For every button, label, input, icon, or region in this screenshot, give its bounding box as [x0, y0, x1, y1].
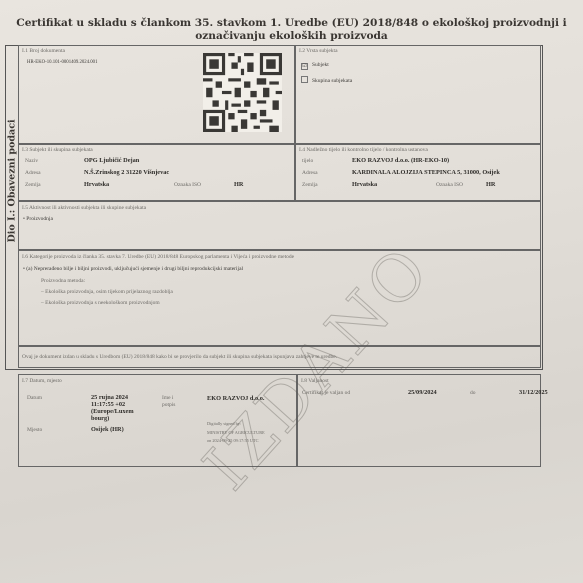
issue-place: Osijek (HR) — [91, 426, 124, 433]
section-label: I.8 Valjanost — [301, 378, 329, 384]
field-label: Adresa — [302, 170, 318, 176]
digital-signature: Digitally signed by: MINISTRY OF AGRICUL… — [207, 420, 265, 446]
operator-iso: HR — [234, 181, 243, 188]
datetime-line: bourg) — [91, 415, 134, 422]
signer-name: EKO RAZVOJ d.o.o. — [207, 395, 264, 402]
checkbox-unchecked-icon[interactable] — [301, 76, 308, 83]
field-label: tijelo — [302, 158, 313, 164]
datetime-line: 25 rujna 2024 — [91, 394, 134, 401]
signature-label: Ime i potpis — [162, 395, 175, 409]
section-date-place: I.7 Datum, mjesto Datum 25 rujna 2024 11… — [18, 374, 297, 467]
signature-line: MINISTRY OF AGRICULTURE — [207, 429, 265, 438]
activity-item: • Proizvodnja — [23, 216, 53, 222]
field-label: Oznaka ISO — [174, 182, 201, 188]
field-label: Adresa — [25, 170, 41, 176]
statement-box: Ovaj je dokument izdan u skladu s Uredbo… — [18, 346, 541, 368]
section-label: I.3 Subjekt ili skupina subjekata — [22, 147, 93, 153]
datetime-line: (Europe/Luxem — [91, 408, 134, 415]
qr-code-icon — [203, 53, 282, 132]
label-line: potpis — [162, 402, 175, 409]
method-item: – Ekološka proizvodnja s neekološkom pro… — [41, 300, 160, 306]
section-label: I.4 Nadležno tijelo ili kontrolno tijelo… — [299, 147, 428, 153]
option-label: Subjekt — [312, 62, 329, 68]
field-label: do — [470, 390, 476, 396]
operator-address: N.Š.Zrinskog 2 31220 Višnjevac — [84, 169, 169, 176]
field-label: Datum — [27, 395, 42, 401]
section-label: I.5 Aktivnost ili aktivnosti subjekta il… — [22, 205, 146, 211]
issue-datetime: 25 rujna 2024 11:17:55 +02 (Europe/Luxem… — [91, 394, 134, 422]
control-body-address: KARDINALA ALOJZIJA STEPINCA 5, 31000, Os… — [352, 169, 500, 176]
field-label: Certifikat je valjan od — [302, 390, 350, 396]
section-label: I.1 Broj dokumenta — [22, 48, 65, 54]
operator-name: OPG Ljubičić Dejan — [84, 157, 139, 164]
control-body-country: Hrvatska — [352, 181, 377, 188]
field-label: Mjesto — [27, 427, 42, 433]
control-body-name: EKO RAZVOJ d.o.o. (HR-EKO-10) — [352, 157, 449, 164]
valid-to: 31/12/2025 — [519, 389, 548, 396]
field-label: Zemlja — [25, 182, 41, 188]
part-label: Dio I.: Obavezni podaci — [7, 169, 18, 243]
section-label: I.6 Kategorije proizvoda iz članka 35. s… — [22, 254, 294, 260]
section-label: I.2 Vrsta subjekta — [299, 48, 338, 54]
title-line-2: označivanju ekoloških proizvoda — [0, 30, 583, 43]
field-label: Zemlja — [302, 182, 318, 188]
control-body-iso: HR — [486, 181, 495, 188]
method-label: Proizvodna metoda: — [41, 278, 85, 284]
part-sidebar: Dio I.: Obavezni podaci — [5, 45, 19, 368]
label-line: Ime i — [162, 395, 175, 402]
signature-line: on 2024-09-25 09:17:55 UTC — [207, 437, 265, 446]
datetime-line: 11:17:55 +02 — [91, 401, 134, 408]
checkbox-checked-icon[interactable]: ☑ — [301, 63, 308, 70]
option-label: Skupina subjekata — [312, 78, 352, 84]
operator-country: Hrvatska — [84, 181, 109, 188]
section-product-categories: I.6 Kategorije proizvoda iz članka 35. s… — [18, 250, 541, 346]
title-line-1: Certifikat u skladu s člankom 35. stavko… — [0, 17, 583, 30]
field-label: Naziv — [25, 158, 38, 164]
signature-line: Digitally signed by: — [207, 420, 265, 429]
section-validity: I.8 Valjanost Certifikat je valjan od 25… — [297, 374, 541, 467]
field-label: Oznaka ISO — [436, 182, 463, 188]
valid-from: 25/09/2024 — [408, 389, 437, 396]
section-control-body: I.4 Nadležno tijelo ili kontrolno tijelo… — [295, 144, 541, 201]
section-operator: I.3 Subjekt ili skupina subjekata Naziv … — [18, 144, 295, 201]
document-number: HR-EKO-10.101-0001409.2024.001 — [27, 60, 97, 65]
statement-text: Ovaj je dokument izdan u skladu s Uredbo… — [22, 354, 337, 360]
document-title: Certifikat u skladu s člankom 35. stavko… — [0, 17, 583, 43]
option-group[interactable]: Skupina subjekata — [301, 76, 352, 84]
method-item: – Ekološka proizvodnja, osim tijekom pri… — [41, 289, 173, 295]
section-subject-type: I.2 Vrsta subjekta ☑Subjekt Skupina subj… — [295, 45, 541, 144]
section-label: I.7 Datum, mjesto — [22, 378, 62, 384]
option-subject[interactable]: ☑Subjekt — [301, 62, 329, 70]
product-category: • (a) Neprerađeno bilje i biljni proizvo… — [23, 266, 243, 272]
section-activity: I.5 Aktivnost ili aktivnosti subjekta il… — [18, 201, 541, 250]
